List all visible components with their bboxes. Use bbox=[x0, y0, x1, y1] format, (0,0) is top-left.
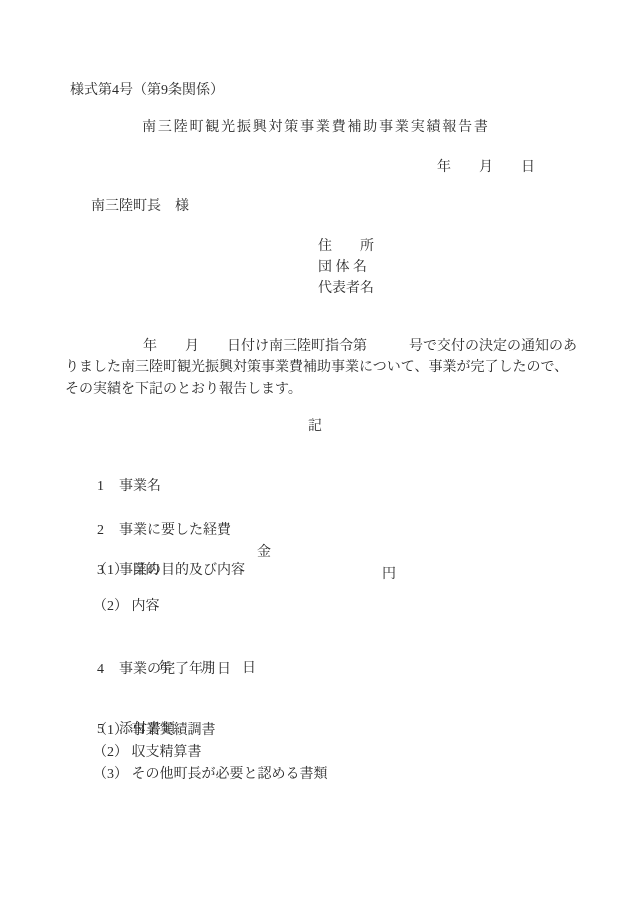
item-5-sub-results-report: （1） 事業実績調書 bbox=[93, 720, 216, 742]
item-1-number: 1 bbox=[94, 476, 119, 498]
addressee: 南三陸町長 様 bbox=[91, 196, 189, 218]
amount-prefix: 金 bbox=[257, 542, 271, 564]
amount-suffix: 円 bbox=[382, 564, 396, 586]
item-5-sub-settlement: （2） 収支精算書 bbox=[93, 742, 202, 764]
record-marker: 記 bbox=[0, 416, 630, 438]
sender-organization-label: 団 体 名 bbox=[318, 257, 367, 279]
item-3-sub-content: （2） 内容 bbox=[93, 596, 160, 618]
item-1-label: 事業名 bbox=[119, 479, 161, 494]
document-page: 様式第4号（第9条関係） 南三陸町観光振興対策事業費補助事業実績報告書 年 月 … bbox=[0, 0, 630, 903]
body-paragraph-line-1: 年 月 日付け南三陸町指令第 号で交付の決定の通知のあ bbox=[143, 336, 577, 358]
item-4-date-line: 年 月 日 bbox=[158, 658, 256, 680]
item-5-sub-other-documents: （3） その他町長が必要と認める書類 bbox=[93, 764, 328, 786]
sender-address-label: 住 所 bbox=[318, 236, 374, 258]
body-paragraph-line-3: その実績を下記のとおり報告します。 bbox=[65, 379, 302, 401]
body-paragraph-line-2: りました南三陸町観光振興対策事業費補助事業について、事業が完了したので、 bbox=[65, 357, 568, 379]
document-title: 南三陸町観光振興対策事業費補助事業実績報告書 bbox=[0, 117, 630, 139]
item-3-sub-purpose: （1） 目的 bbox=[93, 560, 160, 582]
header-date-line: 年 月 日 bbox=[437, 157, 535, 179]
form-number: 様式第4号（第9条関係） bbox=[70, 80, 224, 102]
item-2-label: 事業に要した経費 bbox=[119, 523, 231, 538]
item-4-number: 4 bbox=[94, 659, 119, 681]
sender-representative-label: 代表者名 bbox=[318, 278, 374, 300]
